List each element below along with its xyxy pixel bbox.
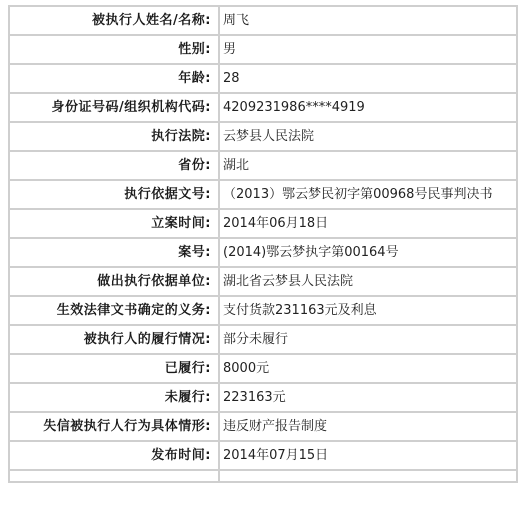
row-label: 立案时间: <box>9 209 219 238</box>
table-row-performed: 已履行: 8000元 <box>9 354 517 383</box>
row-label: 执行法院: <box>9 122 219 151</box>
table-row-basis-doc-number: 执行依据文号: （2013）鄂云梦民初字第00968号民事判决书 <box>9 180 517 209</box>
table-row-age: 年龄: 28 <box>9 64 517 93</box>
row-label-empty <box>9 470 219 482</box>
table-row-id-number: 身份证号码/组织机构代码: 4209231986****4919 <box>9 93 517 122</box>
row-label: 被执行人姓名/名称: <box>9 6 219 35</box>
row-label: 做出执行依据单位: <box>9 267 219 296</box>
row-label: 案号: <box>9 238 219 267</box>
row-label: 年龄: <box>9 64 219 93</box>
table-row-case-number: 案号: (2014)鄂云梦执字第00164号 <box>9 238 517 267</box>
table-row-province: 省份: 湖北 <box>9 151 517 180</box>
table-row-unperformed: 未履行: 223163元 <box>9 383 517 412</box>
obligation-value: 支付货款231163元及利息 <box>219 296 517 325</box>
court-value: 云梦县人民法院 <box>219 122 517 151</box>
row-label: 被执行人的履行情况: <box>9 325 219 354</box>
province-value: 湖北 <box>219 151 517 180</box>
row-value-empty <box>219 470 517 482</box>
row-label: 执行依据文号: <box>9 180 219 209</box>
publish-date-value: 2014年07月15日 <box>219 441 517 470</box>
table-row-cutoff <box>9 470 517 482</box>
table-row-dishonest-behavior: 失信被执行人行为具体情形: 违反财产报告制度 <box>9 412 517 441</box>
dishonest-behavior-value: 违反财产报告制度 <box>219 412 517 441</box>
row-label: 省份: <box>9 151 219 180</box>
row-label: 生效法律文书确定的义务: <box>9 296 219 325</box>
table-row-obligation: 生效法律文书确定的义务: 支付货款231163元及利息 <box>9 296 517 325</box>
case-number-value: (2014)鄂云梦执字第00164号 <box>219 238 517 267</box>
performed-amount-value: 8000元 <box>219 354 517 383</box>
table-row-publish-date: 发布时间: 2014年07月15日 <box>9 441 517 470</box>
id-number-value: 4209231986****4919 <box>219 93 517 122</box>
row-label: 性别: <box>9 35 219 64</box>
debtor-name-value: 周飞 <box>219 6 517 35</box>
issuing-unit-value: 湖北省云梦县人民法院 <box>219 267 517 296</box>
row-label: 已履行: <box>9 354 219 383</box>
basis-doc-number-value: （2013）鄂云梦民初字第00968号民事判决书 <box>219 180 517 209</box>
age-value: 28 <box>219 64 517 93</box>
gender-value: 男 <box>219 35 517 64</box>
row-label: 未履行: <box>9 383 219 412</box>
table-row-performance-status: 被执行人的履行情况: 部分未履行 <box>9 325 517 354</box>
table-row-court: 执行法院: 云梦县人民法院 <box>9 122 517 151</box>
dishonest-debtor-info-table: 被执行人姓名/名称: 周飞 性别: 男 年龄: 28 身份证号码/组织机构代码:… <box>8 5 518 483</box>
table-row-name: 被执行人姓名/名称: 周飞 <box>9 6 517 35</box>
table-row-issuing-unit: 做出执行依据单位: 湖北省云梦县人民法院 <box>9 267 517 296</box>
performance-status-value: 部分未履行 <box>219 325 517 354</box>
unperformed-amount-value: 223163元 <box>219 383 517 412</box>
row-label: 身份证号码/组织机构代码: <box>9 93 219 122</box>
table-row-gender: 性别: 男 <box>9 35 517 64</box>
table-row-filing-date: 立案时间: 2014年06月18日 <box>9 209 517 238</box>
row-label: 发布时间: <box>9 441 219 470</box>
filing-date-value: 2014年06月18日 <box>219 209 517 238</box>
row-label: 失信被执行人行为具体情形: <box>9 412 219 441</box>
